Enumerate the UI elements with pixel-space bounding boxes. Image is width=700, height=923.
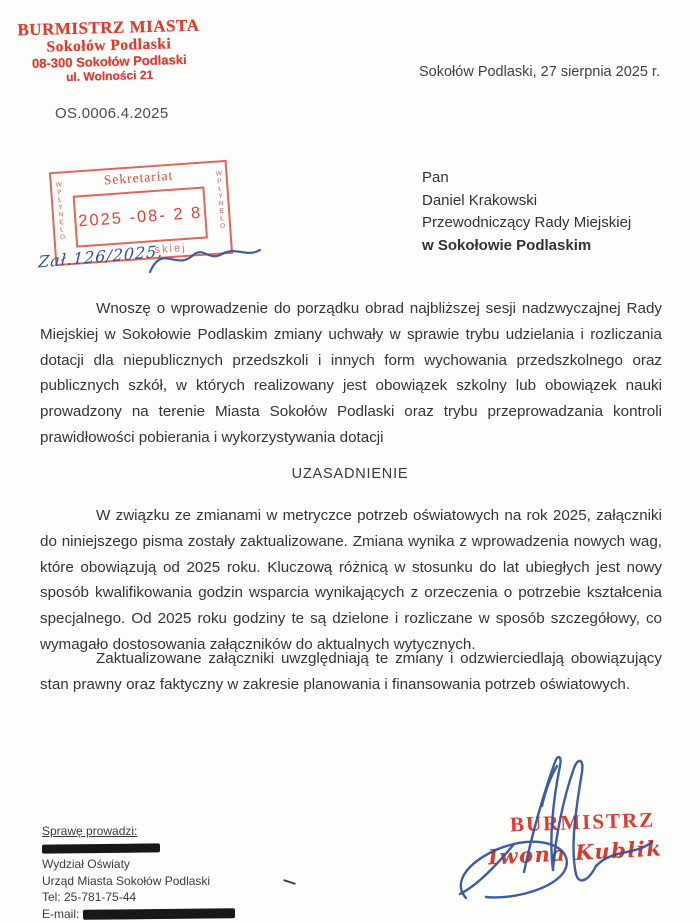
redacted-name-bar bbox=[42, 844, 160, 854]
redacted-email-bar bbox=[83, 909, 235, 921]
contact-phone: Tel: 25-781-75-44 bbox=[42, 889, 235, 906]
recipient-block: Pan Daniel Krakowski Przewodniczący Rady… bbox=[422, 167, 631, 257]
handwritten-signature-ink bbox=[452, 746, 688, 912]
signature-block: BURMISTRZ Iwona Kublik bbox=[452, 746, 688, 912]
reference-number: OS.0006.4.2025 bbox=[55, 105, 168, 122]
ink-speck bbox=[283, 879, 296, 885]
recipient-city: w Sokołowie Podlaskim bbox=[422, 235, 631, 258]
recipient-salutation: Pan bbox=[422, 167, 631, 190]
contact-label: Sprawę prowadzi: bbox=[42, 823, 235, 840]
place-and-date: Sokołów Podlaski, 27 sierpnia 2025 r. bbox=[419, 64, 660, 80]
contact-block: Sprawę prowadzi: Wydział Oświaty Urząd M… bbox=[42, 823, 235, 922]
body-paragraph-2: W związku ze zmianami w metryczce potrze… bbox=[40, 503, 662, 658]
contact-email-label: E-mail: bbox=[42, 907, 79, 921]
contact-department: Wydział Oświaty bbox=[42, 856, 235, 873]
scanned-letter-page: BURMISTRZ MIASTA Sokołów Podlaski 08-300… bbox=[0, 0, 700, 923]
intake-stamp-received-left: WPŁYNĘŁO bbox=[55, 181, 67, 259]
handwritten-flourish-ink bbox=[146, 232, 266, 287]
justification-heading: UZASADNIENIE bbox=[0, 466, 700, 482]
recipient-name: Daniel Krakowski bbox=[422, 190, 631, 213]
letterhead-stamp: BURMISTRZ MIASTA Sokołów Podlaski 08-300… bbox=[13, 16, 205, 86]
body-paragraph-3: Zaktualizowane załączniki uwzględniają t… bbox=[40, 646, 662, 698]
contact-office: Urząd Miasta Sokołów Podlaski bbox=[42, 873, 235, 890]
body-paragraph-1: Wnoszę o wprowadzenie do porządku obrad … bbox=[40, 296, 662, 451]
recipient-title: Przewodniczący Rady Miejskiej bbox=[422, 212, 631, 235]
